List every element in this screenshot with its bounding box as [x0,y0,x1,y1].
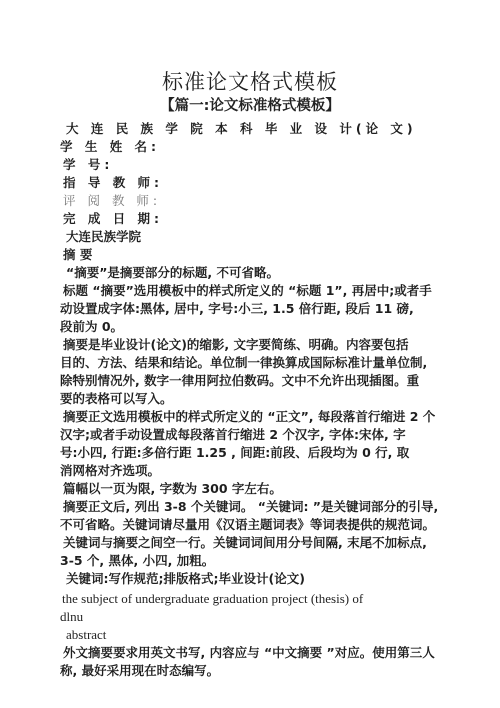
paragraph-line: 摘要正文选用模板中的样式所定义的 “正文”, 每段落首行缩进 2 个 [63,408,435,426]
cover-student-name: 学 生 姓 名: [60,138,160,156]
paragraph-line: 段前为 0。 [60,318,123,336]
paragraph-line: 目的、方法、结果和结论。单位制一律换算成国际标准计量单位制, [60,354,427,372]
paragraph-line: 不可省略。关键词请尽量用《汉语主题词表》等词表提供的规范词。 [60,516,435,534]
paragraph-line: 要的表格可以写入。 [60,390,173,408]
paragraph-line: 标题 “摘要”选用模板中的样式所定义的 “标题 1”, 再居中;或者手 [63,282,432,300]
paragraph-line: 篇幅以一页为限, 字数为 300 字左右。 [63,480,282,498]
paragraph-line: 号:小四, 行距:多倍行距 1.25 , 间距:前段、后段均为 0 行, 取 [60,444,409,462]
paragraph-line: 3-5 个, 黑体, 小四, 加粗。 [60,552,214,570]
document-subtitle: 【篇一:论文标准格式模板】 [0,94,500,115]
paragraph-line: 关键词与摘要之间空一行。关键词词间用分号间隔, 末尾不加标点, [63,534,427,552]
abstract-heading: 摘 要 [63,246,92,264]
paragraph-line: 消网格对齐选项。 [60,462,160,480]
document-page: 标准论文格式模板 【篇一:论文标准格式模板】 大 连 民 族 学 院 本 科 毕… [0,0,500,708]
document-title: 标准论文格式模板 [0,66,500,96]
paragraph-line: 摘要是毕业设计(论文)的缩影, 文字要简练、明确。内容要包括 [63,336,409,354]
cover-reviewer: 评 阅 教 师: [63,192,161,210]
school-name: 大连民族学院 [66,228,141,246]
cover-advisor: 指 导 教 师: [63,174,163,192]
paragraph-line: 称, 最好采用现在时态编写。 [60,662,219,680]
keywords-line: 关键词:写作规范;排版格式;毕业设计(论文) [66,570,305,588]
paragraph-line: 汉字;或者手动设置成每段落首行缩进 2 个汉字, 字体:宋体, 字 [60,426,406,444]
paragraph-line: “摘要”是摘要部分的标题, 不可省略。 [66,264,279,282]
paragraph-line: 外文摘要要求用英文书写, 内容应与 “中文摘要 ”对应。使用第三人 [63,644,435,662]
cover-date: 完 成 日 期: [63,210,163,228]
english-abstract-heading: abstract [66,626,106,644]
cover-school-line: 大 连 民 族 学 院 本 科 毕 业 设 计(论 文) [66,120,417,138]
paragraph-line: 动设置成字体:黑体, 居中, 字号:小三, 1.5 倍行距, 段后 11 磅, [60,300,414,318]
english-title-line: the subject of undergraduate graduation … [62,590,363,608]
english-title-line: dlnu [60,608,83,626]
paragraph-line: 除特别情况外, 数字一律用阿拉伯数码。文中不允许出现插图。重 [60,372,419,390]
paragraph-line: 摘要正文后, 列出 3-8 个关键词。 “关键词: ”是关键词部分的引导, [63,498,438,516]
cover-student-id: 学 号: [63,156,113,174]
